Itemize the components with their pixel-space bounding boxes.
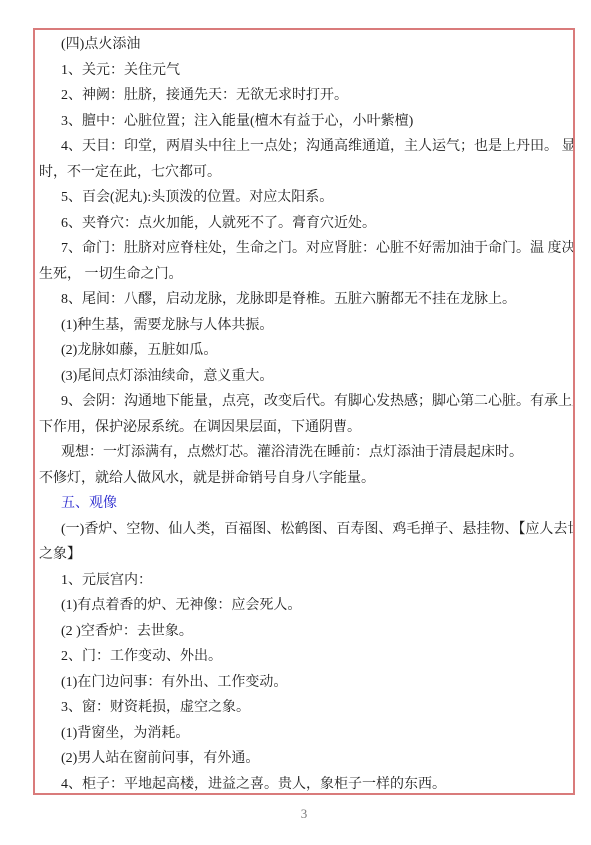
list-item: 6、夹脊穴：点火加能，人就死不了。膏育穴近处。 [39,211,572,237]
sub-list-item: (3)尾间点灯添油续命，意义重大。 [39,364,572,390]
list-item: 3、窗：财资耗损，虚空之象。 [39,695,572,721]
list-item: 2、神阙：肚脐，接通先天：无欲无求时打开。 [39,83,572,109]
sub-list-item: (1)有点着香的炉、无神像：应会死人。 [39,593,572,619]
list-item: 9、会阴：沟通地下能量，点亮，改变后代。有脚心发热感；脚心第二心脏。有承上启 [39,389,572,415]
list-item: 观想：一灯添满有，点燃灯芯。灌浴清洗在睡前：点灯添油于清晨起床时。 [39,440,572,466]
section-heading-ignite: (四)点火添油 [39,32,572,58]
page-number: 3 [33,806,575,822]
list-item: (一)香炉、空物、仙人类，百福图、松鹤图、百寿图、鸡毛掸子、悬挂物、【应人去世 [39,517,572,543]
list-item: 4、天目：印堂，两眉头中往上一点处；沟通高维通道，主人运气；也是上丹田。 显像 [39,134,572,160]
list-item: 3、膻中：心脏位置；注入能量(檀木有益于心，小叶紫檀) [39,109,572,135]
text-line: 之象】 [39,542,572,568]
sub-list-item: (1)在门边问事：有外出、工作变动。 [39,670,572,696]
text-line: 生死， 一切生命之门。 [39,262,572,288]
text-line: 时，不一定在此，七穴都可。 [39,160,572,186]
list-item: 1、关元：关住元气 [39,58,572,84]
sub-list-item: (2)男人站在窗前问事，有外通。 [39,746,572,772]
sub-list-item: (2)龙脉如藤，五脏如瓜。 [39,338,572,364]
list-item: 2、门：工作变动、外出。 [39,644,572,670]
page-border-frame: (四)点火添油 1、关元：关住元气 2、神阙：肚脐，接通先天：无欲无求时打开。 … [33,28,575,795]
text-line: 下作用，保护泌尿系统。在调因果层面，下通阴曹。 [39,415,572,441]
sub-list-item: (1)种生基，需要龙脉与人体共振。 [39,313,572,339]
document-page: (四)点火添油 1、关元：关住元气 2、神阙：肚脐，接通先天：无欲无求时打开。 … [0,0,591,845]
list-item: 1、元辰宫内： [39,568,572,594]
list-item: 7、命门：肚脐对应脊柱处，生命之门。对应肾脏：心脏不好需加油于命门。温 度决定 [39,236,572,262]
list-item: 5、百会(泥丸):头顶泼的位置。对应太阳系。 [39,185,572,211]
section-heading-guanxiang: 五、观像 [39,491,572,517]
text-line: 不修灯，就给人做风水，就是拼命销号自身八字能量。 [39,466,572,492]
sub-list-item: (2 )空香炉：去世象。 [39,619,572,645]
list-item: 4、柜子：平地起高楼，进益之喜。贵人，象柜子一样的东西。 [39,772,572,796]
sub-list-item: (1)背窗坐，为消耗。 [39,721,572,747]
list-item: 8、尾间：八醪，启动龙脉，龙脉即是脊椎。五脏六腑都无不挂在龙脉上。 [39,287,572,313]
